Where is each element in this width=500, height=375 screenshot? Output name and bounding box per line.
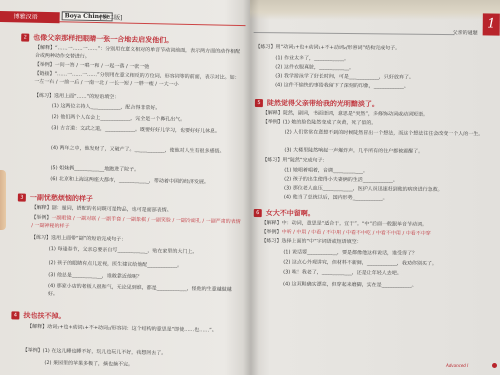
label-explain: 【解释】	[27, 324, 47, 330]
practice-text: 用“陡然”完成句子：	[282, 157, 327, 163]
right-page: 1 父亲的谜题 【练习】用“动词₁+也+动词₁+不+动词₂/形容词”结构完成句子…	[250, 0, 500, 375]
explain-text: 动词₁+也+动词₁+不+动词₂/形容词：这个结构的意思是“即使……也……”。	[47, 324, 217, 334]
edition-label: [第二版]	[100, 12, 123, 21]
label-explain: 【解释】	[263, 110, 283, 116]
example-item: (1) 她的脸色陡然变成了灰黄，死了似的。	[283, 119, 377, 126]
section-heading: 4 扶也扶不掉。	[11, 310, 65, 321]
label-examples: 【举例】	[263, 119, 283, 125]
examples: 【举例】一副眼镜 / 一副对联 / 一副手套 / 一副象棋 / 一副笑脸 / 一…	[31, 214, 241, 234]
section-number-icon: 4	[11, 311, 19, 319]
practice-instruction: 【练习】选用上面带“副”的短语完成句子：	[31, 234, 126, 244]
extend-text: “……一……一……”分别用在意义相反的方位词、形容词等的前面，表示对比。如：一左…	[34, 71, 239, 88]
practice-instruction: 【练习】用“陡然”完成句子：	[262, 156, 327, 165]
left-page: 博雅汉语 Boya Chinese [第二版] 2 也像父亲那样把眼睛一张一合地…	[0, 0, 248, 375]
example-item: (1) 在这儿睡也睡不好，玩儿也玩儿不好，我想回去了。	[43, 348, 167, 357]
exercise-item[interactable]: (2) 这点心外观讲究，但材料不新鲜，____________，我劝你别买了。	[283, 258, 437, 268]
exercise-item[interactable]: (3) 唉！我老了，____________，还是让年轻人去吧。	[283, 268, 402, 277]
examples-text: 一副眼镜 / 一副对联 / 一副手套 / 一副象棋 / 一副笑脸 / 一副冷面孔…	[31, 215, 240, 229]
explain-text: “……一……一……”：分别用在意义相对的单音节动词前面，表示两方面的动作相配合或…	[35, 45, 240, 60]
exercise-item[interactable]: (2) 他们两个人在会上____________，完全是一个鼻孔出气。	[51, 113, 185, 124]
explain-text: 中：动词，意思是“适合于，宜于”。“中”后面一般跟单音节动词。	[282, 220, 427, 228]
section-title: 一副忧愁烦恼的样子	[30, 193, 93, 204]
practice-instruction: 【练习】选用上面“……”的短语填空：	[34, 92, 119, 102]
section-number-icon: 3	[18, 193, 26, 201]
book-gutter	[243, 0, 259, 375]
label-practice: 【练习】	[262, 157, 282, 163]
examples-text: 中听 / 中用 / 中看 / 不中用 / 中看不中吃 / 中看不中用 / 中看不…	[282, 229, 431, 237]
practice-instruction: 【练习】用“动词₁+也+动词₁+不+动词₂/形容词”结构完成句子。	[255, 43, 400, 53]
exercise-item[interactable]: (2) 孩子的眼睛有点儿近视，医生建议给他配____________。	[48, 259, 182, 270]
exercise-item[interactable]: (3) 古言道：文武之道，____________。既要好好儿学习，也要好好儿休…	[51, 124, 243, 136]
section-title: 扶也扶不掉。	[23, 311, 65, 322]
exercise-item[interactable]: (4) 那家小店的老板人很和气，无论见到谁，都是____________，怪他的…	[48, 282, 240, 302]
examples-text: 一问一答 / 一唱一和 / 一起一落 / 一张一弛	[55, 62, 150, 70]
exercise-item[interactable]: (1) 这两位主持人____________，配合得非常好。	[52, 102, 161, 112]
example-item: (2) 果园里的苹果多极了，摘也摘不完。	[44, 359, 133, 369]
section-number-icon: 2	[21, 33, 29, 41]
label-examples: 【举例】	[31, 215, 51, 221]
examples: 【举例】(1) 她的脸色陡然变成了灰黄，死了似的。	[263, 118, 377, 127]
exercise-item[interactable]: (1) 作业太多了，____________。	[275, 54, 349, 63]
exercise-item[interactable]: (4) 这双鞋确实漂亮，但穿起来磨脚，实在是____________。	[283, 280, 417, 289]
textbook-spread: 博雅汉语 Boya Chinese [第二版] 2 也像父亲那样把眼睛一张一合地…	[0, 0, 500, 375]
exercise-item[interactable]: (6) 北京和上海这两座大都市，____________，带动着中国的经济发展。	[50, 175, 209, 186]
label-explain: 【解释】	[32, 205, 52, 211]
exercise-item[interactable]: (5) 姐妹俩____________地跑进了院子。	[50, 164, 139, 174]
practice-text: 选用上面“……”的短语填空：	[54, 93, 119, 100]
example-item: (2) 人们常常在意想不到的时候陡然冒出一个想法，而这个想法往往会改变一个人的一…	[285, 128, 485, 138]
exercise-item[interactable]: (3) 他总是____________，谁敢靠近他呢？	[48, 271, 142, 281]
label-practice: 【练习】	[31, 235, 51, 241]
chapter-number-tab: 1	[483, 13, 500, 35]
practice-text: 选用上面带“副”的短语完成句子：	[51, 235, 126, 243]
footer-dot-icon	[492, 363, 497, 368]
exercise-item[interactable]: (3) 我学游泳学了好长时间，可是____________，只好放弃了。	[275, 72, 414, 81]
section-title: 女大不中留啊。	[266, 208, 315, 219]
exercise-item[interactable]: (2) 这件衣服真脏，____________。	[275, 63, 354, 72]
practice-text: 用“动词₁+也+动词₁+不+动词₂/形容词”结构完成句子。	[275, 44, 400, 51]
exercise-item[interactable]: (4) 他当了总统以后，国内形势____________。	[284, 193, 388, 202]
exercise-item[interactable]: (1) 她唱着唱着，音调____________。	[284, 166, 368, 175]
section-heading: 3 一副忧愁烦恼的样子	[18, 192, 93, 204]
label-examples: 【举例】	[35, 62, 55, 68]
explain-text: 陡然，副词，书面语词，意思是“突然”，多修饰动词或动词短语。	[283, 110, 428, 118]
exercise-item[interactable]: (4) 两年之中，他发财了，又破产了。____________，使他对人生有很多…	[51, 144, 243, 156]
label-practice: 【练习】	[34, 93, 54, 99]
practice-text: 选择上面的“中”字词语或短语填空：	[281, 238, 361, 245]
explanation: 【解释】动词₁+也+动词₁+不+动词₂/形容词：这个结构的意思是“即使……也………	[27, 323, 239, 335]
section-title: 陡然觉得父亲带给我的光明黯淡了。	[267, 98, 379, 109]
section-heading: 5 陡然觉得父亲带给我的光明黯淡了。	[255, 98, 379, 109]
exercise-item[interactable]: (2) 孩子的出生使得小夫妻俩的生活____________。	[284, 175, 398, 184]
practice-instruction: 【练习】选择上面的“中”字词语或短语填空：	[261, 237, 361, 246]
chapter-rule	[254, 32, 455, 35]
section-heading: 6 女大不中留啊。	[254, 208, 315, 219]
example-item: (3) 大楼里陡然响起一声爆炸声，几乎所有的住户都被震醒了。	[284, 146, 423, 155]
label-practice: 【练习】	[261, 238, 281, 244]
label-examples: 【举例】	[262, 229, 282, 235]
exercise-item[interactable]: (1) 说话要____________，要是都像他这样说话，谁受得了？	[283, 248, 417, 257]
exercise-item[interactable]: (3) 那位老人血压____________，医护人员迅速赶到他的病房进行急救。	[284, 184, 443, 194]
exercise-item[interactable]: (1) 每逢春节，父亲总要亲自写____________，贴在家里的大门上。	[49, 245, 241, 257]
label-extend: 【链接】	[34, 71, 54, 77]
explain-text: 副：量词，搭配的名词既可是物品，也可是面部表情。	[52, 205, 172, 214]
label-examples: 【举例】	[23, 348, 43, 354]
series-header: 博雅汉语	[0, 11, 60, 23]
header-rule	[60, 21, 246, 26]
extension: 【链接】“……一……一……”分别用在意义相反的方位词、形容词等的前面，表示对比。…	[34, 70, 244, 90]
explanation: 【解释】副：量词，搭配的名词既可是物品，也可是面部表情。	[32, 204, 172, 215]
label-explain: 【解释】	[35, 45, 55, 51]
chapter-title: 父亲的谜题	[453, 29, 478, 36]
exercise-item[interactable]: (4) 这件不愉快的事给我留下了深刻的印象，____________。	[275, 81, 409, 90]
examples: 【举例】(1) 在这儿睡也睡不好，玩儿也玩儿不好，我想回去了。	[23, 347, 167, 358]
footer-logo: Advanced I	[446, 363, 468, 368]
label-explain: 【解释】	[262, 220, 282, 226]
